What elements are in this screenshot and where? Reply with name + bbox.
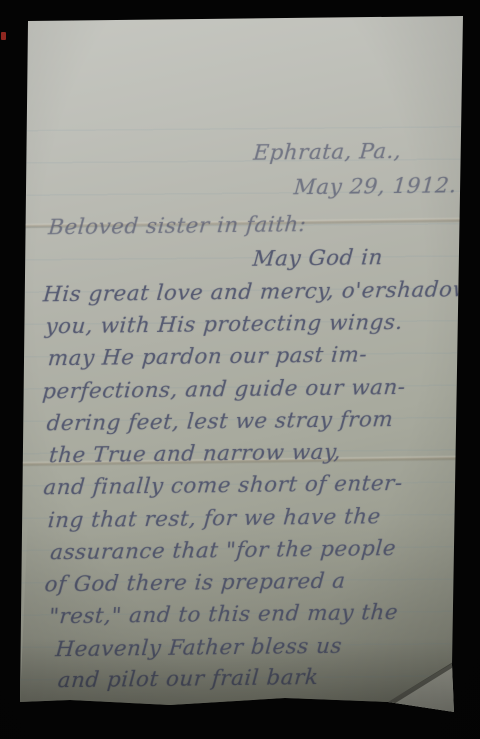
handwritten-line: and finally come short of enter- [42,471,403,500]
handwritten-line: of God there is prepared a [44,569,347,598]
date-line: May 29, 1912. [293,173,458,200]
opening-phrase-line: May God in [252,245,384,272]
handwritten-line: ing that rest, for we have the [47,504,382,533]
salutation-line: Beloved sister in faith: [47,212,307,240]
handwritten-line: and pilot our frail bark [57,665,320,693]
handwritten-line: the True and narrow way, [48,440,342,469]
handwritten-line: assurance that "for the people [49,536,397,565]
place-line: Ephrata, Pa., [252,139,402,166]
letter-photograph: Ephrata, Pa., May 29, 1912. Beloved sist… [0,0,480,739]
handwritten-line: "rest," and to this end may the [48,600,399,629]
letter-paper: Ephrata, Pa., May 29, 1912. Beloved sist… [0,0,480,739]
handwritten-line: dering feet, lest we stray from [46,407,395,436]
handwritten-line: Heavenly Father bless us [54,634,342,663]
handwritten-line: His great love and mercy, o'ershadow [42,277,472,307]
handwritten-line: perfections, and guide our wan- [41,375,406,404]
handwritten-line: you, with His protecting wings. [45,310,404,339]
red-marker [1,32,6,40]
handwriting-layer: Ephrata, Pa., May 29, 1912. Beloved sist… [0,0,480,739]
handwritten-line: may He pardon our past im- [47,342,368,371]
